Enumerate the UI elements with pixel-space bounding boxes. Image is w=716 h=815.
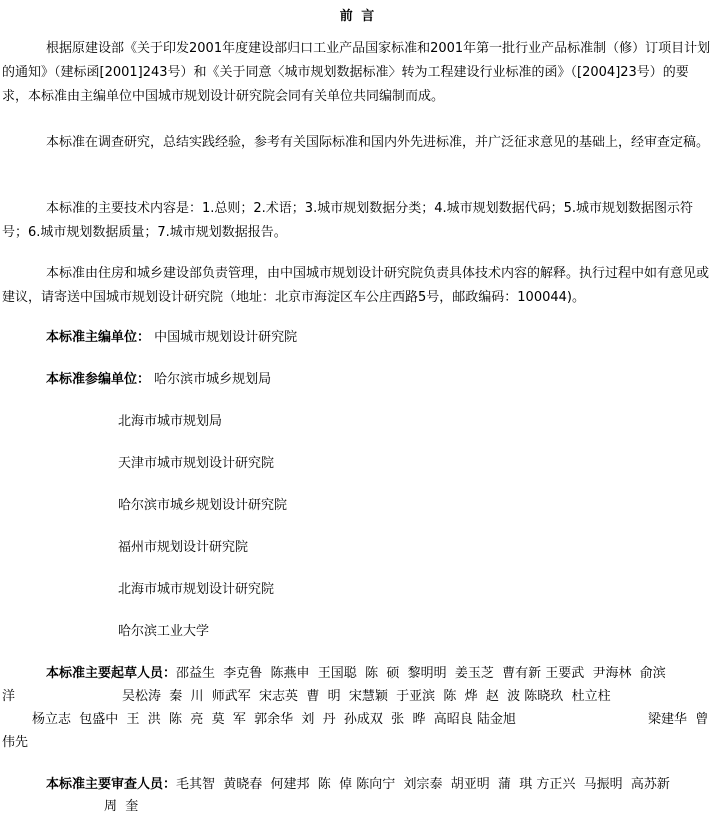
paragraph-management: 本标准由住房和城乡建设部负责管理，由中国城市规划设计研究院负责具体技术内容的解释… bbox=[2, 262, 714, 310]
participating-unit-7: 哈尔滨工业大学 bbox=[118, 622, 209, 642]
page-title: 前 言 bbox=[0, 5, 716, 24]
participating-unit-6: 北海市城市规划设计研究院 bbox=[118, 580, 274, 600]
paragraph-research: 本标准在调查研究，总结实践经验，参考有关国际标准和国内外先进标准，并广泛征求意见… bbox=[2, 131, 714, 155]
drafters-row-2b: 吴松涛 秦 川 师武军 宋志英 曹 明 宋慧颖 于亚滨 陈 烨 赵 波 陈晓玖 … bbox=[122, 687, 611, 707]
participating-unit-label: 本标准参编单位： bbox=[46, 372, 150, 387]
drafters-row-3b: 梁建华 曾 bbox=[648, 710, 708, 730]
participating-unit-4: 哈尔滨市城乡规划设计研究院 bbox=[118, 496, 287, 516]
drafters-row-4: 伟先 bbox=[2, 733, 28, 753]
reviewers-row-1: 本标准主要审查人员：毛其智 黄晓春 何建邦 陈 倬 陈向宁 刘宗泰 胡亚明 蒲 … bbox=[46, 775, 670, 795]
paragraph-contents: 本标准的主要技术内容是：1.总则；2.术语；3.城市规划数据分类；4.城市规划数… bbox=[2, 197, 714, 245]
drafters-row-2a: 洋 bbox=[2, 687, 15, 707]
document-page: 前 言 根据原建设部《关于印发2001年度建设部归口工业产品国家标准和2001年… bbox=[0, 0, 716, 815]
chief-unit-value: 中国城市规划设计研究院 bbox=[154, 330, 297, 345]
participating-unit-row: 本标准参编单位： 哈尔滨市城乡规划局 bbox=[46, 370, 271, 390]
reviewers-names-1: 毛其智 黄晓春 何建邦 陈 倬 陈向宁 刘宗泰 胡亚明 蒲 琪 方正兴 马振明 … bbox=[176, 777, 670, 792]
reviewers-row-2: 周 奎 bbox=[104, 797, 138, 815]
drafters-names-1: 邵益生 李克鲁 陈燕申 王国聪 陈 硕 黎明明 姜玉芝 曹有新 王要武 尹海林 … bbox=[176, 666, 666, 681]
participating-unit-3: 天津市城市规划设计研究院 bbox=[118, 454, 274, 474]
drafters-row-1: 本标准主要起草人员：邵益生 李克鲁 陈燕申 王国聪 陈 硕 黎明明 姜玉芝 曹有… bbox=[46, 664, 666, 684]
participating-unit-5: 福州市规划设计研究院 bbox=[118, 538, 248, 558]
chief-unit-label: 本标准主编单位： bbox=[46, 330, 150, 345]
participating-unit-2: 北海市城市规划局 bbox=[118, 412, 222, 432]
chief-unit-row: 本标准主编单位： 中国城市规划设计研究院 bbox=[46, 328, 297, 348]
drafters-row-3a: 杨立志 包盛中 王 洪 陈 亮 莫 军 郭余华 刘 丹 孙成双 张 晔 高昭良 … bbox=[32, 710, 516, 730]
paragraph-origin: 根据原建设部《关于印发2001年度建设部归口工业产品国家标准和2001年第一批行… bbox=[2, 37, 714, 109]
drafters-label: 本标准主要起草人员： bbox=[46, 666, 176, 681]
participating-unit-1: 哈尔滨市城乡规划局 bbox=[154, 372, 271, 387]
reviewers-label: 本标准主要审查人员： bbox=[46, 777, 176, 792]
